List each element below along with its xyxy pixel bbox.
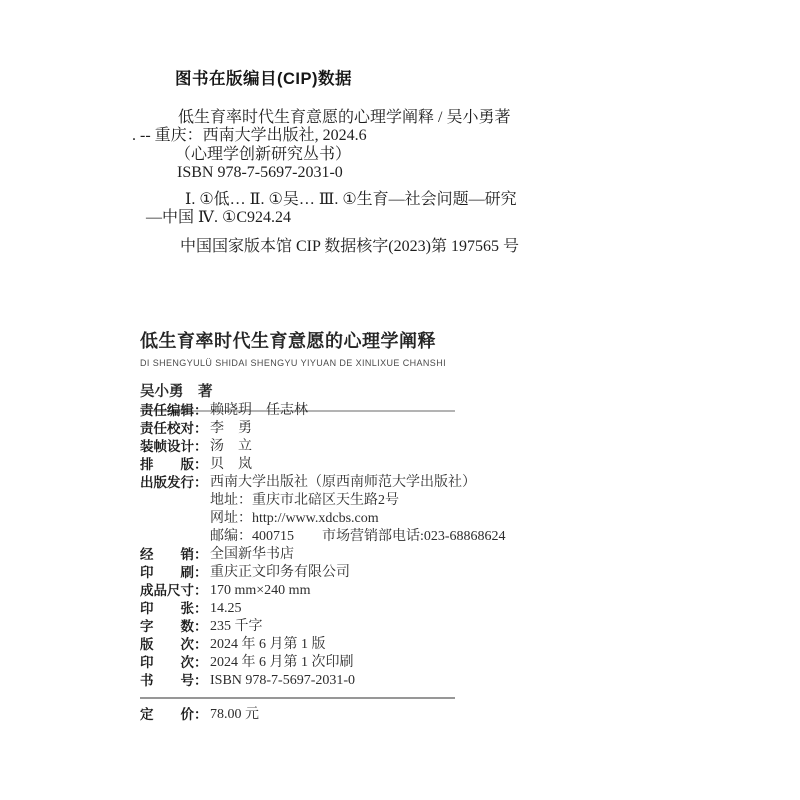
row-value: 重庆正文印务有限公司 [210, 565, 350, 580]
row-value: ISBN 978-7-5697-2031-0 [210, 673, 355, 688]
row-printer: 印 刷：重庆正文印务有限公司 [140, 564, 640, 582]
row-value: 李 勇 [210, 421, 252, 436]
row-label: 定 价： [140, 706, 210, 724]
row-word-count: 字 数：235 千字 [140, 618, 640, 636]
row-label: 印 次： [140, 654, 210, 672]
colophon-details: 责任编辑：赖晓玥 任志林 责任校对：李 勇 装帧设计：汤 立 排 版：贝 岚 出… [140, 402, 640, 724]
row-label: 责任编辑： [140, 402, 210, 420]
row-isbn: 书 号：ISBN 978-7-5697-2031-0 [140, 672, 640, 690]
row-label: 成品尺寸： [140, 582, 210, 600]
row-proofreader: 责任校对：李 勇 [140, 420, 640, 438]
row-label: 出版发行： [140, 474, 210, 492]
row-value: 贝 岚 [210, 457, 252, 472]
row-value: 西南大学出版社（原西南师范大学出版社） [210, 475, 476, 490]
row-edition: 版 次：2024 年 6 月第 1 版 [140, 636, 640, 654]
row-label: 经 销： [140, 546, 210, 564]
row-value: 170 mm×240 mm [210, 583, 310, 598]
row-value: 235 千字 [210, 619, 263, 634]
row-value: 2024 年 6 月第 1 次印刷 [210, 655, 354, 670]
cip-classification: Ⅰ. ①低… Ⅱ. ①吴… Ⅲ. ①生育—社会问题—研究 —中国 Ⅳ. ①C92… [132, 191, 672, 228]
cip-isbn: ISBN 978-7-5697-2031-0 [177, 164, 672, 183]
row-value: 地址：重庆市北碚区天生路2号 [140, 492, 399, 510]
row-value: 2024 年 6 月第 1 版 [210, 637, 326, 652]
row-price: 定 价：78.00 元 [140, 706, 640, 724]
row-value: 78.00 元 [210, 707, 259, 722]
book-copyright-page: { "cip": { "heading": "图书在版编目(CIP)数据", "… [0, 0, 800, 800]
price-divider-line [140, 697, 455, 699]
cip-series-statement: （心理学创新研究丛书） [175, 146, 672, 165]
row-label: 印 刷： [140, 564, 210, 582]
book-title: 低生育率时代生育意愿的心理学阐释 [140, 327, 620, 353]
row-value: 14.25 [210, 601, 242, 616]
row-publisher: 出版发行：西南大学出版社（原西南师范大学出版社） [140, 474, 640, 492]
row-impression: 印 次：2024 年 6 月第 1 次印刷 [140, 654, 640, 672]
row-printed-sheets: 印 张：14.25 [140, 600, 640, 618]
row-label: 书 号： [140, 672, 210, 690]
row-label: 印 张： [140, 600, 210, 618]
row-typesetter: 排 版：贝 岚 [140, 456, 640, 474]
row-trim-size: 成品尺寸：170 mm×240 mm [140, 582, 640, 600]
cip-publisher-statement: . -- 重庆：西南大学出版社, 2024.6 [132, 127, 672, 146]
row-publisher-website: 网址：http://www.xdcbs.com [140, 510, 640, 528]
row-designer: 装帧设计：汤 立 [140, 438, 640, 456]
row-label: 责任校对： [140, 420, 210, 438]
row-value: 网址：http://www.xdcbs.com [140, 510, 379, 528]
book-title-pinyin: DI SHENGYULÜ SHIDAI SHENGYU YIYUAN DE XI… [140, 358, 620, 368]
row-value: 邮编：400715 市场营销部电话:023-68868624 [140, 528, 506, 546]
cip-section: 图书在版编目(CIP)数据 低生育率时代生育意愿的心理学阐释 / 吴小勇著 . … [132, 70, 672, 256]
row-distributor: 经 销：全国新华书店 [140, 546, 640, 564]
cip-classification-line1: Ⅰ. ①低… Ⅱ. ①吴… Ⅲ. ①生育—社会问题—研究 [185, 191, 672, 210]
cip-classification-line2: —中国 Ⅳ. ①C924.24 [146, 209, 672, 228]
cip-heading: 图书在版编目(CIP)数据 [175, 70, 672, 89]
book-author: 吴小勇 著 [140, 380, 620, 401]
row-label: 版 次： [140, 636, 210, 654]
row-value: 全国新华书店 [210, 547, 294, 562]
row-label: 装帧设计： [140, 438, 210, 456]
cip-description: 低生育率时代生育意愿的心理学阐释 / 吴小勇著 . -- 重庆：西南大学出版社,… [132, 109, 672, 183]
title-block: 低生育率时代生育意愿的心理学阐释 DI SHENGYULÜ SHIDAI SHE… [140, 327, 620, 412]
row-label: 字 数： [140, 618, 210, 636]
cip-title-statement: 低生育率时代生育意愿的心理学阐释 / 吴小勇著 [178, 109, 672, 128]
row-postcode-phone: 邮编：400715 市场营销部电话:023-68868624 [140, 528, 640, 546]
row-publisher-address: 地址：重庆市北碚区天生路2号 [140, 492, 640, 510]
row-value: 汤 立 [210, 439, 252, 454]
row-editor: 责任编辑：赖晓玥 任志林 [140, 402, 640, 420]
row-label: 排 版： [140, 456, 210, 474]
cip-record-number: 中国国家版本馆 CIP 数据核字(2023)第 197565 号 [132, 238, 672, 257]
row-value: 赖晓玥 任志林 [210, 403, 308, 418]
